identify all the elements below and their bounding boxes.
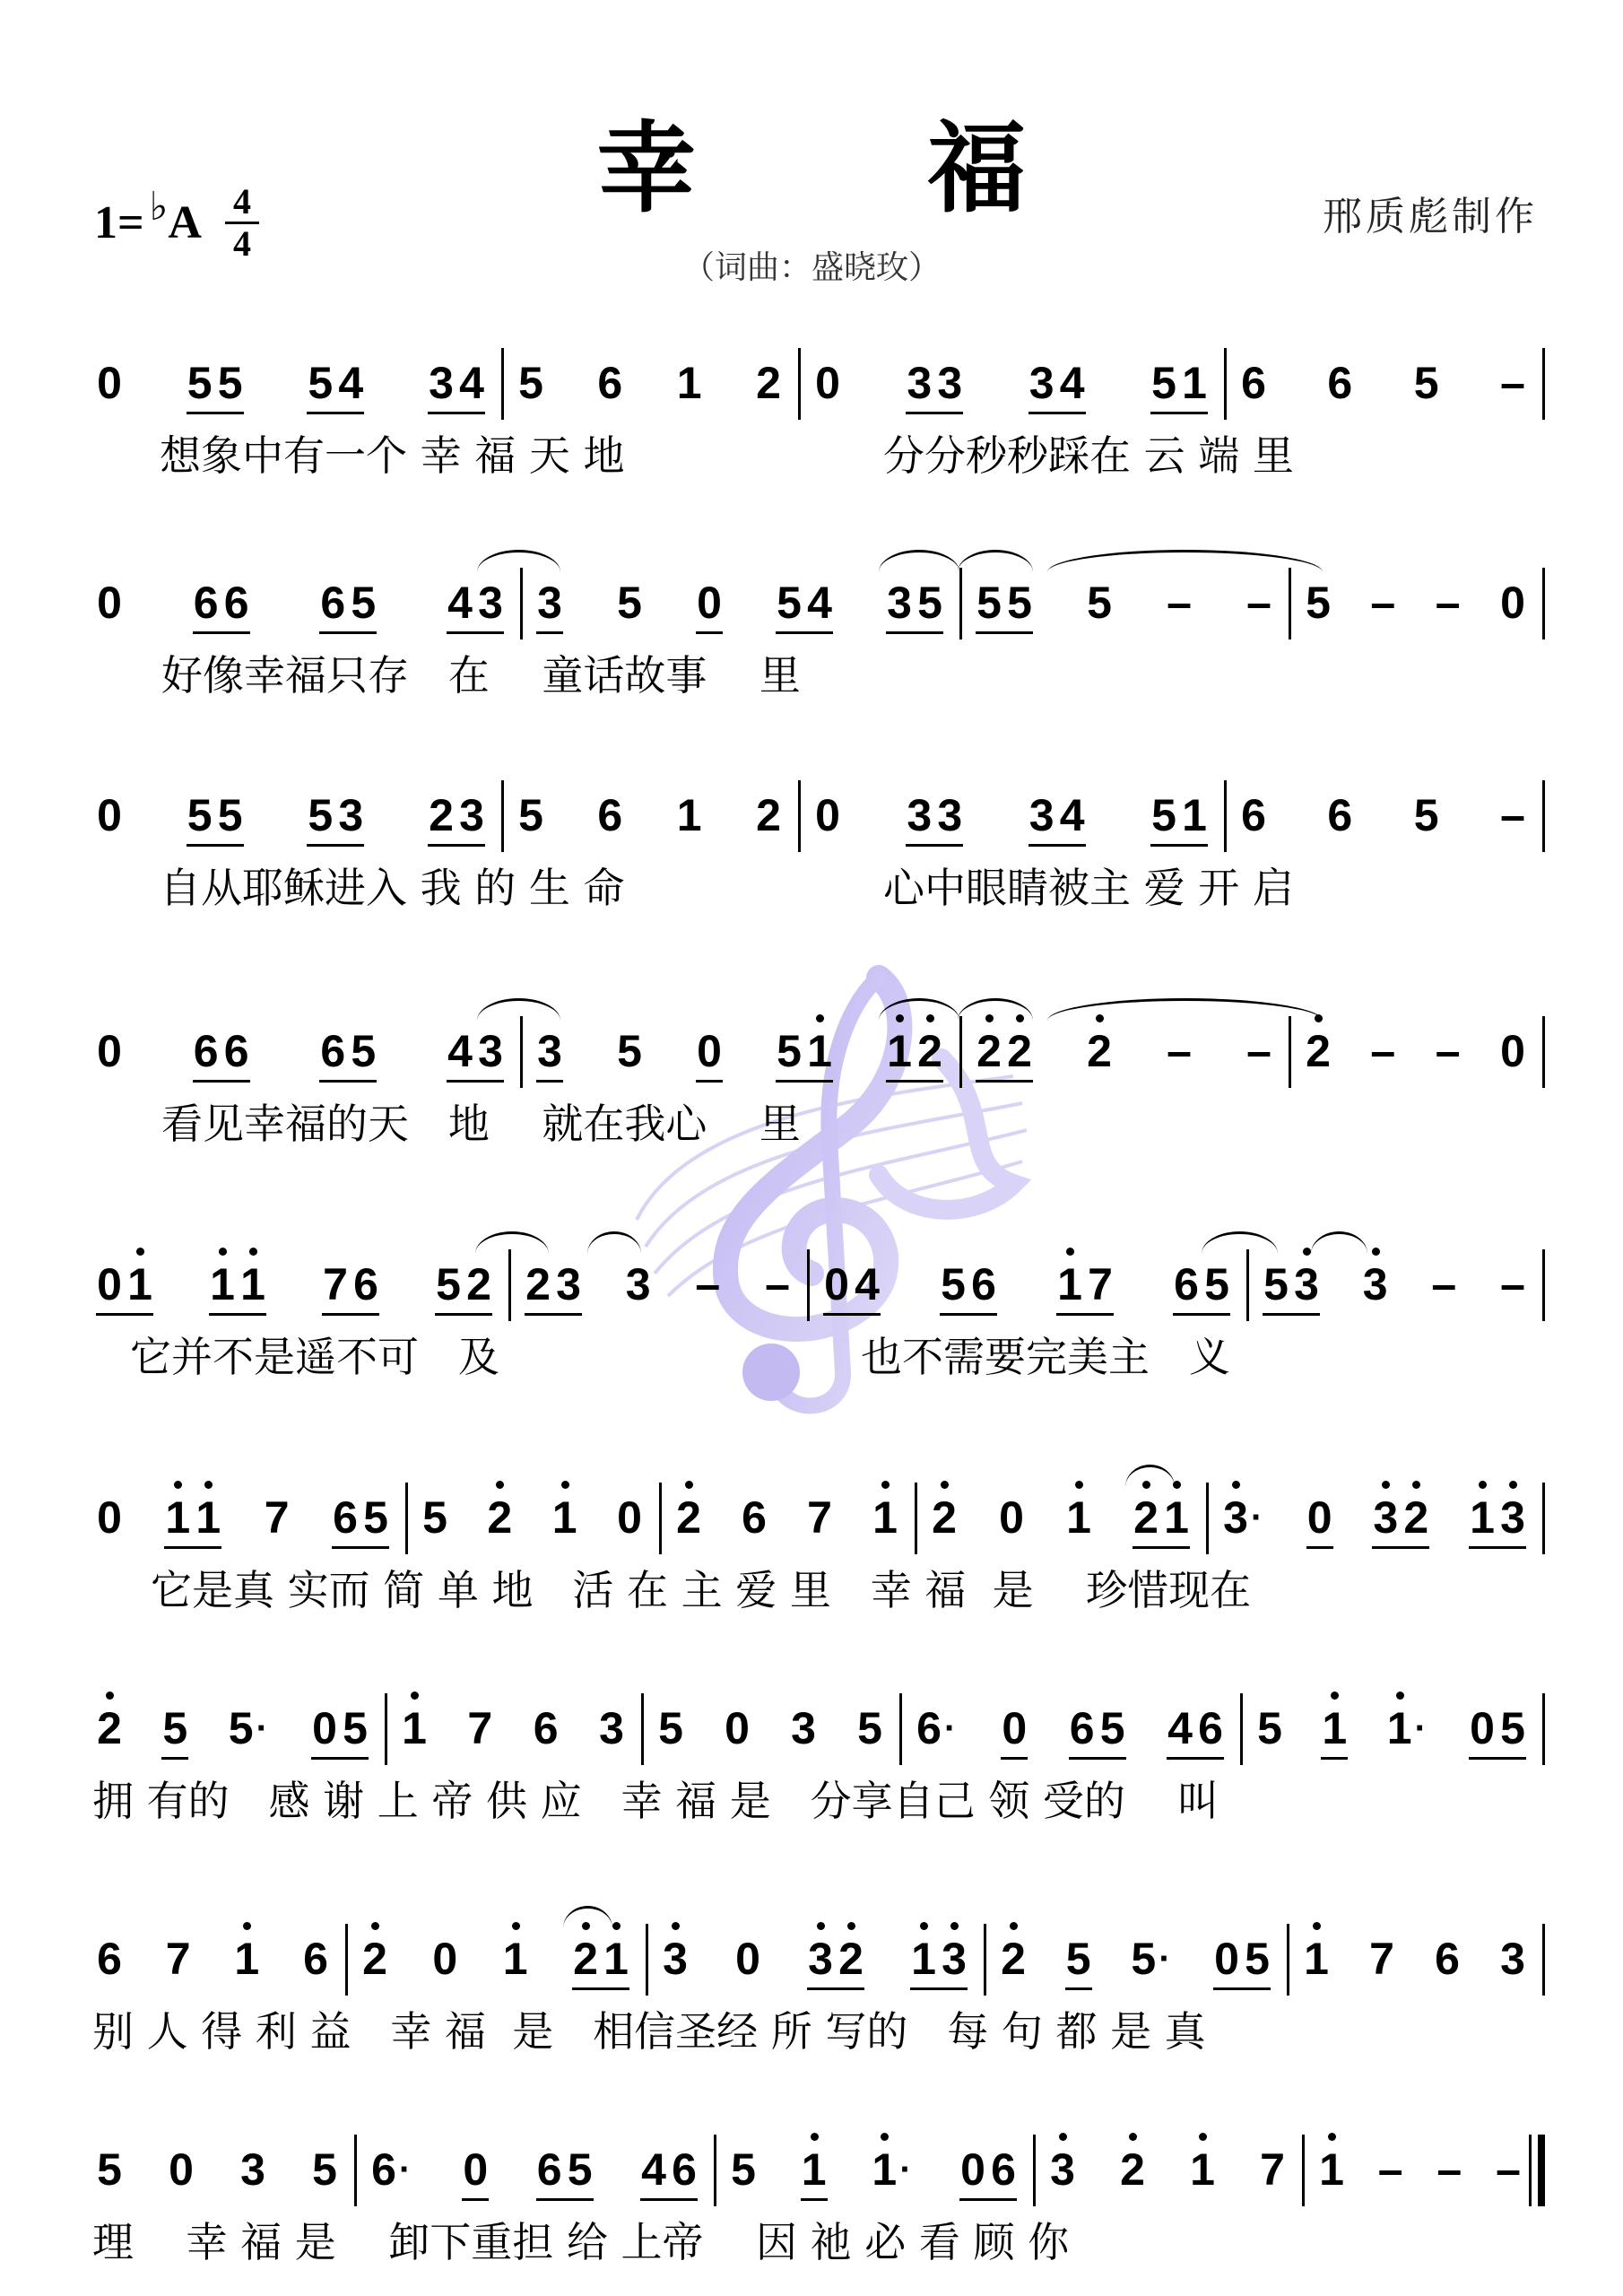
barline xyxy=(1542,348,1545,420)
note-group: 2 xyxy=(1303,1029,1333,1090)
note: 1 xyxy=(231,1936,262,1997)
note-digit: 2 xyxy=(487,1492,512,1543)
note-group: 46 xyxy=(1165,1706,1226,1767)
eighth-underline xyxy=(1056,1313,1114,1316)
note-digit: 0 xyxy=(1470,1703,1495,1753)
note: 5 xyxy=(614,1029,645,1090)
eighth-underline xyxy=(1150,412,1208,414)
note-digit: – xyxy=(1167,578,1192,628)
note-digit: 6 xyxy=(1435,1934,1460,1984)
note-group: 46 xyxy=(638,2147,699,2208)
note-group: – xyxy=(762,1262,793,1323)
note-group: 3 xyxy=(1360,1262,1391,1323)
note-group: 0 xyxy=(999,1706,1029,1767)
note-group: 2 xyxy=(1084,1029,1115,1090)
eighth-underline xyxy=(976,1080,1033,1083)
extension-dash: – xyxy=(1497,1262,1528,1323)
note-group: 34 xyxy=(1027,361,1088,422)
note-group: 54 xyxy=(774,580,835,641)
note-group: 05 xyxy=(1211,1936,1272,1997)
extension-dash: – xyxy=(1164,1029,1194,1090)
note-digit: 0 xyxy=(697,578,722,628)
note-digit: 1 xyxy=(1387,1703,1412,1753)
note-group: – xyxy=(1367,580,1398,641)
note-digit: 5 xyxy=(351,1026,376,1076)
note: 5 xyxy=(1411,361,1442,422)
note: 6 xyxy=(914,1706,944,1767)
note-digit: 4 xyxy=(459,358,484,408)
note-group: 5 xyxy=(1411,793,1442,854)
extension-dash: – xyxy=(1244,580,1274,641)
barline xyxy=(1240,1693,1243,1765)
note: 6 xyxy=(300,1936,331,1997)
note-group: 55 xyxy=(974,580,1035,641)
note-group: 66 xyxy=(191,580,252,641)
note-group: 12 xyxy=(884,1029,945,1090)
note: 0 xyxy=(1497,1029,1528,1090)
lyrics-text: 理 幸 福 是 卸下重担 给 上帝 因 祂 必 看 顾 你 xyxy=(92,2210,1069,2269)
note-digit: 5 xyxy=(617,578,642,628)
note-group: 7 xyxy=(464,1706,495,1767)
high-octave-dot xyxy=(1129,2133,1137,2141)
note: 2 xyxy=(753,793,784,854)
high-octave-dot xyxy=(612,1922,621,1930)
note-digit: 0 xyxy=(735,1934,760,1984)
note-digit: 1 xyxy=(1319,2144,1344,2195)
barline xyxy=(1542,1249,1545,1321)
measure: 3217 xyxy=(1047,2109,1288,2208)
note-group: – xyxy=(1244,1029,1274,1090)
note-group: 6 xyxy=(1238,361,1269,422)
note-digit: 2 xyxy=(756,790,781,840)
note-digit: – xyxy=(695,1259,720,1309)
note-group: 3 xyxy=(596,1706,627,1767)
barline xyxy=(385,1693,387,1765)
note-digit: 3 xyxy=(1500,1492,1525,1543)
note-group: 32 xyxy=(805,1936,866,1997)
eighth-underline xyxy=(319,1080,377,1083)
note-digit: 4 xyxy=(1060,790,1085,840)
note-digit: 5 xyxy=(1414,790,1439,840)
note-digit: 5 xyxy=(976,578,1002,628)
note-digit: 6 xyxy=(1174,1259,1199,1309)
note-digit: 3 xyxy=(1223,1492,1248,1543)
score-line: 01117652233––04561765533––它并不是遥不可 及也不需要完… xyxy=(0,1224,1623,1395)
eighth-underline xyxy=(1321,1757,1348,1760)
note-digit: 0 xyxy=(432,1934,457,1984)
note-digit: 5 xyxy=(187,358,213,408)
note: 7 xyxy=(804,1495,835,1556)
barline xyxy=(1289,568,1291,639)
note: 0 xyxy=(94,580,125,641)
eighth-underline xyxy=(536,631,563,634)
note-digit: 7 xyxy=(323,1259,348,1309)
note-group: 5 xyxy=(94,2147,125,2208)
note-digit: 5 xyxy=(97,2144,122,2195)
note-digit: 1 xyxy=(210,1259,235,1309)
note-digit: 6 xyxy=(371,2144,396,2195)
note-digit: 5 xyxy=(351,578,376,628)
measure: 255·05 xyxy=(998,1899,1272,1997)
note-digit: 6 xyxy=(194,1026,219,1076)
lyrics-text: 它并不是遥不可 及 xyxy=(130,1325,499,1384)
high-octave-dot xyxy=(950,1922,959,1930)
eighth-underline xyxy=(1001,1757,1028,1760)
note: 0 xyxy=(94,1495,125,1556)
note-digit: – xyxy=(1431,1259,1456,1309)
note-digit: 0 xyxy=(97,1026,122,1076)
note-digit: 5 xyxy=(218,358,243,408)
note: 5 xyxy=(516,361,546,422)
eighth-underline xyxy=(447,1080,504,1083)
note-digit: 0 xyxy=(1500,578,1525,628)
barline xyxy=(520,568,523,639)
note: 1 xyxy=(674,793,705,854)
note: 2 xyxy=(753,361,784,422)
note-digit: 5 xyxy=(363,1492,388,1543)
note-group: 65 xyxy=(534,2147,595,2208)
note: 2 xyxy=(1117,2147,1148,2208)
high-octave-dot xyxy=(881,1481,890,1489)
note: 6 xyxy=(595,361,625,422)
note-group: 0 xyxy=(996,1495,1027,1556)
measure: 0333451 xyxy=(812,323,1210,422)
note-digit: 3 xyxy=(937,790,962,840)
note-digit: 5 xyxy=(777,1026,802,1076)
note-group: 0 xyxy=(614,1495,645,1556)
measure: 511·06 xyxy=(728,2109,1019,2208)
eighth-underline xyxy=(1213,1987,1271,1990)
eighth-underline xyxy=(906,844,963,847)
barline xyxy=(501,780,504,852)
note-digit: 0 xyxy=(999,1492,1024,1543)
note-digit: 0 xyxy=(815,790,840,840)
note-digit: 5 xyxy=(518,358,543,408)
note-group: 53 xyxy=(1261,1262,1322,1323)
note-group: 1· xyxy=(1384,1706,1433,1767)
note-group: 0 xyxy=(1497,580,1528,641)
eighth-underline xyxy=(696,631,723,634)
note-digit: 7 xyxy=(467,1703,492,1753)
note-group: – xyxy=(1493,2147,1523,2208)
note: 0 xyxy=(996,1495,1027,1556)
note-digit: 6 xyxy=(971,1259,996,1309)
extension-dash: – xyxy=(1497,793,1528,854)
note: 1 xyxy=(1063,1495,1094,1556)
note-digit: 5 xyxy=(917,578,942,628)
barline xyxy=(1542,780,1545,852)
high-octave-dot xyxy=(1479,1481,1487,1489)
note: 5 xyxy=(655,1706,686,1767)
measure: 0555434 xyxy=(94,323,487,422)
note-group: 6 xyxy=(595,361,625,422)
note-digit: 5 xyxy=(1151,790,1176,840)
note-digit: 3 xyxy=(556,1259,581,1309)
high-octave-dot xyxy=(685,1481,693,1489)
eighth-underline xyxy=(959,2198,1017,2201)
note-group: 0 xyxy=(1305,1495,1335,1556)
note-digit: 5 xyxy=(617,1026,642,1076)
measure: 303213 xyxy=(660,1899,969,1997)
note-group: 2 xyxy=(94,1706,125,1767)
note-digit: 1 xyxy=(1066,1492,1091,1543)
score-line: 255·05176350356·06546511·05拥 有的 感 谢 上 帝 … xyxy=(0,1668,1623,1839)
note-digit: 2 xyxy=(1306,1026,1331,1076)
barline xyxy=(1224,348,1227,420)
note-digit: 0 xyxy=(463,2144,488,2195)
note-group: 2 xyxy=(1117,2147,1148,2208)
note-digit: – xyxy=(1370,578,1395,628)
note: 6 xyxy=(1324,361,1355,422)
note-digit: 1 xyxy=(872,2144,897,2195)
note-group: 13 xyxy=(1467,1495,1528,1556)
note-group: 17 xyxy=(1055,1262,1115,1323)
eighth-underline xyxy=(536,1080,563,1083)
eighth-underline xyxy=(96,1313,153,1316)
note-digit: 6 xyxy=(1327,790,1352,840)
eighth-underline xyxy=(193,1080,250,1083)
note-group: 34 xyxy=(426,361,487,422)
note-group: 01 xyxy=(94,1262,155,1323)
extension-dash: – xyxy=(1433,580,1463,641)
note-digit: 2 xyxy=(362,1934,387,1984)
note-digit: 0 xyxy=(1500,1026,1525,1076)
note-group: 65 xyxy=(330,1495,391,1556)
lyrics-text: 看见幸福的天 地 就在我心 里 xyxy=(161,1091,801,1151)
score-line: 671620121303213255·051763别 人 得 利 益 幸 福 是… xyxy=(0,1899,1623,2069)
note: 5 xyxy=(309,2147,340,2208)
note-digit: 1 xyxy=(234,1934,259,1984)
note-digit: 1 xyxy=(165,1492,190,1543)
eighth-underline xyxy=(1372,1546,1429,1549)
note-digit: 3 xyxy=(791,1703,816,1753)
eighth-underline xyxy=(776,1080,833,1083)
high-octave-dot xyxy=(249,1248,257,1256)
note: 0 xyxy=(166,2147,196,2208)
extension-dash: – xyxy=(1367,1029,1398,1090)
barline xyxy=(1542,1016,1545,1088)
note-group: 5 xyxy=(420,1495,450,1556)
note: 3 xyxy=(788,1706,819,1767)
note-digit: 7 xyxy=(166,1934,191,1984)
note-group: 5 xyxy=(516,361,546,422)
note-group: 7 xyxy=(1367,1936,1397,1997)
note-group: 5 xyxy=(1303,580,1333,641)
note-group: 65 xyxy=(317,1029,378,1090)
note-group: 5· xyxy=(226,1706,274,1767)
augmentation-dot: · xyxy=(256,1706,274,1767)
lyrics-text: 好像幸福只存 在 童话故事 里 xyxy=(161,643,801,702)
extension-dash: – xyxy=(1367,580,1398,641)
note: 1 xyxy=(399,1706,430,1767)
note: 6 xyxy=(1238,793,1269,854)
eighth-underline xyxy=(525,1313,582,1316)
note-group: 1 xyxy=(1063,1495,1094,1556)
eighth-underline xyxy=(187,844,244,847)
note: 3 xyxy=(1497,1936,1528,1997)
note-digit: – xyxy=(1496,2144,1521,2195)
note-digit: 6 xyxy=(672,2144,697,2195)
note: 5 xyxy=(1128,1936,1159,1997)
note-group: 56 xyxy=(938,1262,999,1323)
augmentation-dot: · xyxy=(1251,1495,1269,1556)
high-octave-dot xyxy=(243,1922,251,1930)
note-group: 6 xyxy=(1324,361,1355,422)
note-group: 0 xyxy=(733,1936,763,1997)
note-digit: 1 xyxy=(1164,1492,1189,1543)
note-digit: 2 xyxy=(838,1934,864,1984)
lyrics-text: 别 人 得 利 益 幸 福 是 相信圣经 所 写的 每 句 都 是 真 xyxy=(92,1999,1206,2058)
note-group: 1 xyxy=(870,1495,900,1556)
note-group: 5 xyxy=(855,1706,885,1767)
high-octave-dot xyxy=(1199,2133,1207,2141)
note: 1 xyxy=(869,2147,899,2208)
note-group: 5 xyxy=(728,2147,759,2208)
eighth-underline xyxy=(311,1757,369,1760)
note-digit: 2 xyxy=(573,1934,598,1984)
note-group: 0 xyxy=(94,1029,125,1090)
note-digit: – xyxy=(1500,358,1525,408)
note-group: 6 xyxy=(1238,793,1269,854)
note-group: 6 xyxy=(595,793,625,854)
high-octave-dot xyxy=(672,1922,680,1930)
note-group: 0 xyxy=(812,361,843,422)
note-group: 34 xyxy=(1027,793,1088,854)
high-octave-dot xyxy=(1010,1922,1018,1930)
note-group: 0 xyxy=(94,1495,125,1556)
note: 3 xyxy=(1360,1262,1391,1323)
note-digit: – xyxy=(765,1259,790,1309)
note-digit: 6 xyxy=(224,578,249,628)
lyrics-text: 想象中有一个 幸 福 天 地 xyxy=(160,423,625,483)
barline xyxy=(354,2135,357,2206)
note-group: 7 xyxy=(163,1936,194,1997)
eighth-underline xyxy=(910,1987,968,1990)
extension-dash: – xyxy=(1428,1262,1459,1323)
note-digit: 7 xyxy=(1260,2144,1285,2195)
note-digit: 2 xyxy=(976,1026,1002,1076)
note-digit: 5 xyxy=(162,1703,187,1753)
note: 7 xyxy=(1367,1936,1397,1997)
note: 0 xyxy=(733,1936,763,1997)
note-group: 22 xyxy=(974,1029,1035,1090)
note-digit: 2 xyxy=(756,358,781,408)
note-group: 43 xyxy=(445,1029,506,1090)
note-digit: 6 xyxy=(534,1703,559,1753)
note-digit: 3 xyxy=(1500,1934,1525,1984)
barline xyxy=(984,1924,986,1996)
barline xyxy=(1542,1483,1545,1554)
barline xyxy=(1542,1693,1545,1765)
note-group: – xyxy=(692,1262,723,1323)
lyrics-text: 也不需要完美主 义 xyxy=(861,1325,1230,1384)
extension-dash: – xyxy=(1493,2147,1523,2208)
barline xyxy=(1287,1924,1289,1996)
barline xyxy=(1246,1249,1249,1321)
note-digit: 5 xyxy=(777,578,802,628)
note-digit: 1 xyxy=(503,1934,528,1984)
note-group: 5 xyxy=(655,1706,686,1767)
note-digit: 1 xyxy=(1470,1492,1495,1543)
note-digit: 1 xyxy=(677,358,702,408)
note-digit: 2 xyxy=(525,1259,551,1309)
note-digit: 0 xyxy=(697,1026,722,1076)
note-group: 23 xyxy=(523,1262,584,1323)
note-digit: 1 xyxy=(887,1026,912,1076)
note-digit: 3 xyxy=(599,1703,624,1753)
note: 6 xyxy=(1324,793,1355,854)
note-digit: 3 xyxy=(537,1026,562,1076)
high-octave-dot xyxy=(106,1692,114,1700)
barline xyxy=(807,1249,810,1321)
measure: 0666543 xyxy=(94,991,506,1090)
note-group: 0 xyxy=(1497,1029,1528,1090)
barline xyxy=(520,1016,523,1088)
note-digit: 3 xyxy=(1029,790,1055,840)
note-group: – xyxy=(1433,580,1463,641)
note-digit: 1 xyxy=(1322,1703,1347,1753)
note-digit: 5 xyxy=(1500,1703,1525,1753)
note: 0 xyxy=(1497,580,1528,641)
eighth-underline xyxy=(307,412,364,414)
note: 0 xyxy=(430,1936,460,1997)
note-digit: 0 xyxy=(960,2144,985,2195)
note-group: 5 xyxy=(614,1029,645,1090)
note-digit: 3 xyxy=(1363,1259,1388,1309)
high-octave-dot xyxy=(1509,1481,1517,1489)
note-digit: 3 xyxy=(887,578,912,628)
note: 7 xyxy=(464,1706,495,1767)
high-octave-dot xyxy=(1331,1692,1339,1700)
note-digit: 3 xyxy=(1373,1492,1398,1543)
note: 0 xyxy=(94,1029,125,1090)
note-group: 0 xyxy=(166,2147,196,2208)
note: 0 xyxy=(614,1495,645,1556)
note-digit: 2 xyxy=(466,1259,491,1309)
note-digit: 2 xyxy=(932,1492,957,1543)
extension-dash: – xyxy=(1244,1029,1274,1090)
note-group: 06 xyxy=(958,2147,1019,2208)
high-octave-dot xyxy=(1382,1481,1390,1489)
arranger-credit: 邢质彪制作 xyxy=(1323,184,1538,241)
score-line: 055543456120333451665–想象中有一个 幸 福 天 地分分秒秒… xyxy=(0,323,1623,493)
note-digit: 4 xyxy=(447,578,473,628)
lyrics-text: 自从耶稣进入 我 的 生 命 xyxy=(160,856,625,915)
note: 6 xyxy=(1238,361,1269,422)
note-digit: 5 xyxy=(436,1259,461,1309)
measure: 0333451 xyxy=(812,755,1210,854)
note-digit: 0 xyxy=(824,1259,849,1309)
note-group: 65 xyxy=(317,580,378,641)
note-digit: 6 xyxy=(224,1026,249,1076)
eighth-underline xyxy=(1028,844,1086,847)
measure: 5––0 xyxy=(1303,543,1528,641)
augmentation-dot: · xyxy=(899,2147,917,2208)
lyrics-text: 分分秒秒踩在 云 端 里 xyxy=(883,423,1294,483)
note: 2 xyxy=(484,1495,515,1556)
augmentation-dot: · xyxy=(399,2147,417,2208)
note: 2 xyxy=(94,1706,125,1767)
note-group: 51 xyxy=(1149,361,1210,422)
note-digit: 2 xyxy=(1120,2144,1145,2195)
note-group: 21 xyxy=(1131,1495,1192,1556)
note-digit: 6 xyxy=(1241,358,1266,408)
note-group: 11 xyxy=(207,1262,268,1323)
eighth-underline xyxy=(187,412,244,414)
note-digit: 1 xyxy=(807,1026,832,1076)
note-group: 0 xyxy=(430,1936,460,1997)
eighth-underline xyxy=(1069,1757,1126,1760)
